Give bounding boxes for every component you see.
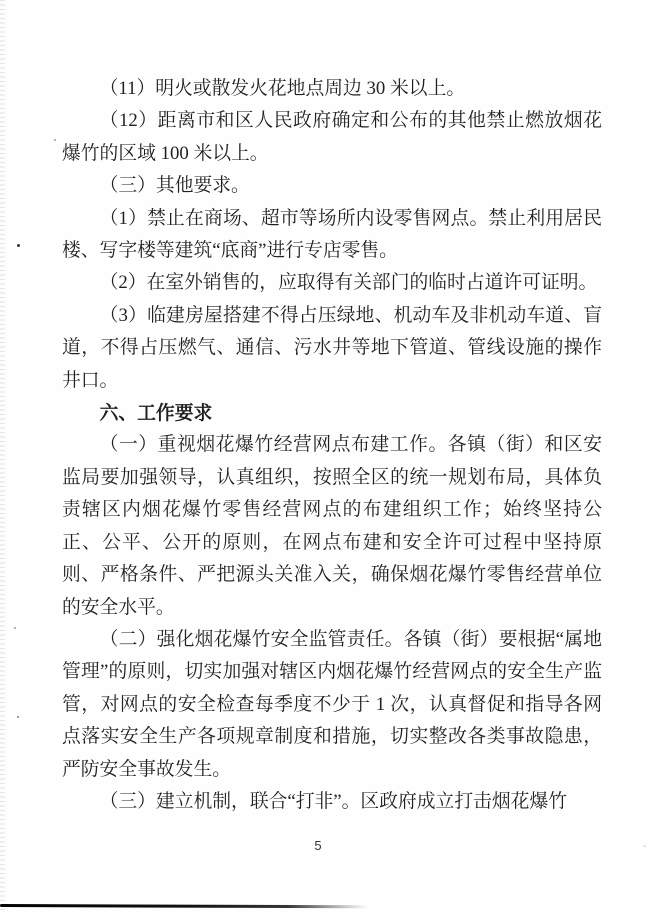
paragraph: （12）距离市和区人民政府确定和公布的其他禁止燃放烟花爆竹的区域 100 米以上…	[62, 105, 602, 170]
scan-speck	[643, 845, 646, 847]
paragraph: （3）临建房屋搭建不得占压绿地、机动车及非机动车道、盲道，不得占压燃气、通信、污…	[62, 300, 602, 397]
scan-speck	[54, 139, 56, 141]
scan-edge-noise-left	[0, 0, 5, 913]
section-heading: 六、工作要求	[62, 397, 602, 429]
paragraph: （11）明火或散发火花地点周边 30 米以上。	[62, 73, 602, 105]
scan-speck	[17, 244, 20, 247]
paragraph: （二）强化烟花爆竹安全监管责任。各镇（街）要根据“属地管理”的原则，切实加强对辖…	[62, 624, 602, 786]
document-page: （11）明火或散发火花地点周边 30 米以上。（12）距离市和区人民政府确定和公…	[0, 0, 650, 913]
scan-bottom-line	[0, 904, 368, 908]
scan-speck	[14, 627, 16, 629]
paragraph: （三）其他要求。	[62, 170, 602, 202]
paragraph: （1）禁止在商场、超市等场所内设零售网点。禁止利用居民楼、写字楼等建筑“底商”进…	[62, 203, 602, 268]
paragraph: （三）建立机制，联合“打非”。区政府成立打击烟花爆竹	[62, 786, 602, 818]
scan-speck	[17, 716, 19, 718]
page-number: 5	[0, 838, 636, 853]
paragraph: （一）重视烟花爆竹经营网点布建工作。各镇（街）和区安监局要加强领导，认真组织，按…	[62, 429, 602, 623]
paragraph: （2）在室外销售的，应取得有关部门的临时占道许可证明。	[62, 267, 602, 299]
document-body: （11）明火或散发火花地点周边 30 米以上。（12）距离市和区人民政府确定和公…	[62, 73, 602, 818]
